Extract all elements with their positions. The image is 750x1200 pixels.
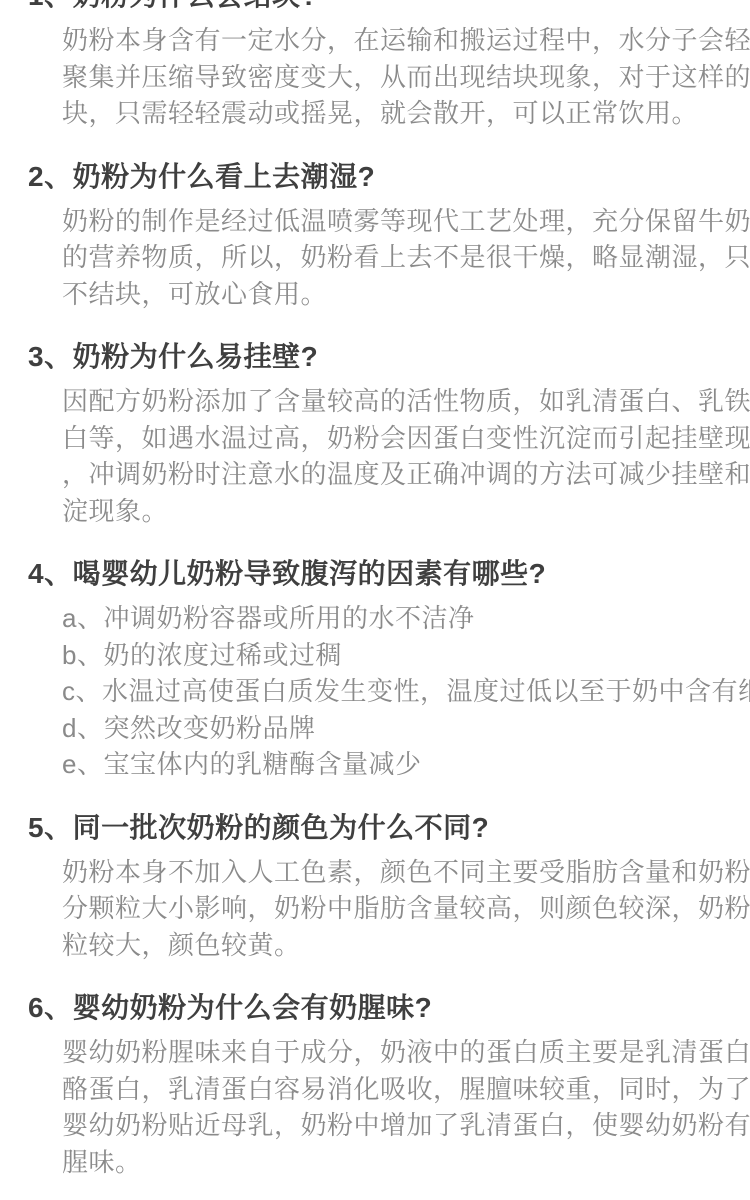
- answer-block: 婴幼奶粉腥味来自于成分，奶液中的蛋白质主要是乳清蛋白与酪蛋白，乳清蛋白容易消化吸…: [28, 1034, 722, 1180]
- answer-line: 不结块，可放心食用。: [62, 276, 722, 313]
- answer-list: a、冲调奶粉容器或所用的水不洁净b、奶的浓度过稀或过稠c、水温过高使蛋白质发生变…: [28, 600, 722, 783]
- answer-line: 淀现象。: [62, 493, 722, 530]
- answer-line: 块，只需轻轻震动或摇晃，就会散开，可以正常饮用。: [62, 95, 722, 132]
- answer-line: 婴幼奶粉贴近母乳，奶粉中增加了乳清蛋白，使婴幼奶粉有奶: [62, 1107, 722, 1144]
- answer-list-item: c、水温过高使蛋白质发生变性，温度过低以至于奶中含有细菌: [62, 673, 722, 710]
- answer-line: 奶粉本身含有一定水分，在运输和搬运过程中，水分子会轻度: [62, 22, 722, 59]
- answer-block: 奶粉本身不加入人工色素，颜色不同主要受脂肪含量和奶粉成分颗粒大小影响，奶粉中脂肪…: [28, 854, 722, 964]
- answer-line: 因配方奶粉添加了含量较高的活性物质，如乳清蛋白、乳铁蛋: [62, 383, 722, 420]
- answer-block: 因配方奶粉添加了含量较高的活性物质，如乳清蛋白、乳铁蛋白等，如遇水温过高，奶粉会…: [28, 383, 722, 529]
- faq-section: 3、奶粉为什么易挂壁? 因配方奶粉添加了含量较高的活性物质，如乳清蛋白、乳铁蛋白…: [28, 340, 722, 529]
- question-heading: 1、奶粉为什么会结块?: [28, 0, 722, 13]
- faq-section: 2、奶粉为什么看上去潮湿? 奶粉的制作是经过低温喷雾等现代工艺处理，充分保留牛奶…: [28, 160, 722, 313]
- answer-list-item: b、奶的浓度过稀或过稠: [62, 637, 722, 674]
- faq-section: 6、婴幼奶粉为什么会有奶腥味? 婴幼奶粉腥味来自于成分，奶液中的蛋白质主要是乳清…: [28, 991, 722, 1180]
- answer-line: 分颗粒大小影响，奶粉中脂肪含量较高，则颜色较深，奶粉颗: [62, 890, 722, 927]
- question-heading: 3、奶粉为什么易挂壁?: [28, 340, 722, 374]
- answer-list-item: d、突然改变奶粉品牌: [62, 710, 722, 747]
- answer-line: 聚集并压缩导致密度变大，从而出现结块现象，对于这样的结: [62, 59, 722, 96]
- faq-content: 1、奶粉为什么会结块? 奶粉本身含有一定水分，在运输和搬运过程中，水分子会轻度聚…: [0, 0, 750, 1180]
- answer-line: 奶粉的制作是经过低温喷雾等现代工艺处理，充分保留牛奶中: [62, 203, 722, 240]
- answer-line: 白等，如遇水温过高，奶粉会因蛋白变性沉淀而引起挂壁现象: [62, 420, 722, 457]
- answer-line: 奶粉本身不加入人工色素，颜色不同主要受脂肪含量和奶粉成: [62, 854, 722, 891]
- answer-line: 的营养物质，所以，奶粉看上去不是很干燥，略显潮湿，只要: [62, 239, 722, 276]
- answer-list-item: a、冲调奶粉容器或所用的水不洁净: [62, 600, 722, 637]
- faq-page: { "colors": { "background": "#ffffff", "…: [0, 0, 750, 1200]
- faq-section: 4、喝婴幼儿奶粉导致腹泻的因素有哪些? a、冲调奶粉容器或所用的水不洁净b、奶的…: [28, 557, 722, 783]
- answer-line: 粒较大，颜色较黄。: [62, 927, 722, 964]
- faq-section: 1、奶粉为什么会结块? 奶粉本身含有一定水分，在运输和搬运过程中，水分子会轻度聚…: [28, 0, 722, 132]
- answer-line: ，冲调奶粉时注意水的温度及正确冲调的方法可减少挂壁和沉: [62, 456, 722, 493]
- faq-section: 5、同一批次奶粉的颜色为什么不同? 奶粉本身不加入人工色素，颜色不同主要受脂肪含…: [28, 811, 722, 964]
- question-heading: 5、同一批次奶粉的颜色为什么不同?: [28, 811, 722, 845]
- answer-line: 婴幼奶粉腥味来自于成分，奶液中的蛋白质主要是乳清蛋白与: [62, 1034, 722, 1071]
- question-heading: 2、奶粉为什么看上去潮湿?: [28, 160, 722, 194]
- answer-block: 奶粉的制作是经过低温喷雾等现代工艺处理，充分保留牛奶中的营养物质，所以，奶粉看上…: [28, 203, 722, 313]
- answer-line: 腥味。: [62, 1144, 722, 1181]
- answer-list-item: e、宝宝体内的乳糖酶含量减少: [62, 746, 722, 783]
- answer-line: 酪蛋白，乳清蛋白容易消化吸收，腥膻味较重，同时，为了让: [62, 1071, 722, 1108]
- question-heading: 6、婴幼奶粉为什么会有奶腥味?: [28, 991, 722, 1025]
- answer-block: 奶粉本身含有一定水分，在运输和搬运过程中，水分子会轻度聚集并压缩导致密度变大，从…: [28, 22, 722, 132]
- question-heading: 4、喝婴幼儿奶粉导致腹泻的因素有哪些?: [28, 557, 722, 591]
